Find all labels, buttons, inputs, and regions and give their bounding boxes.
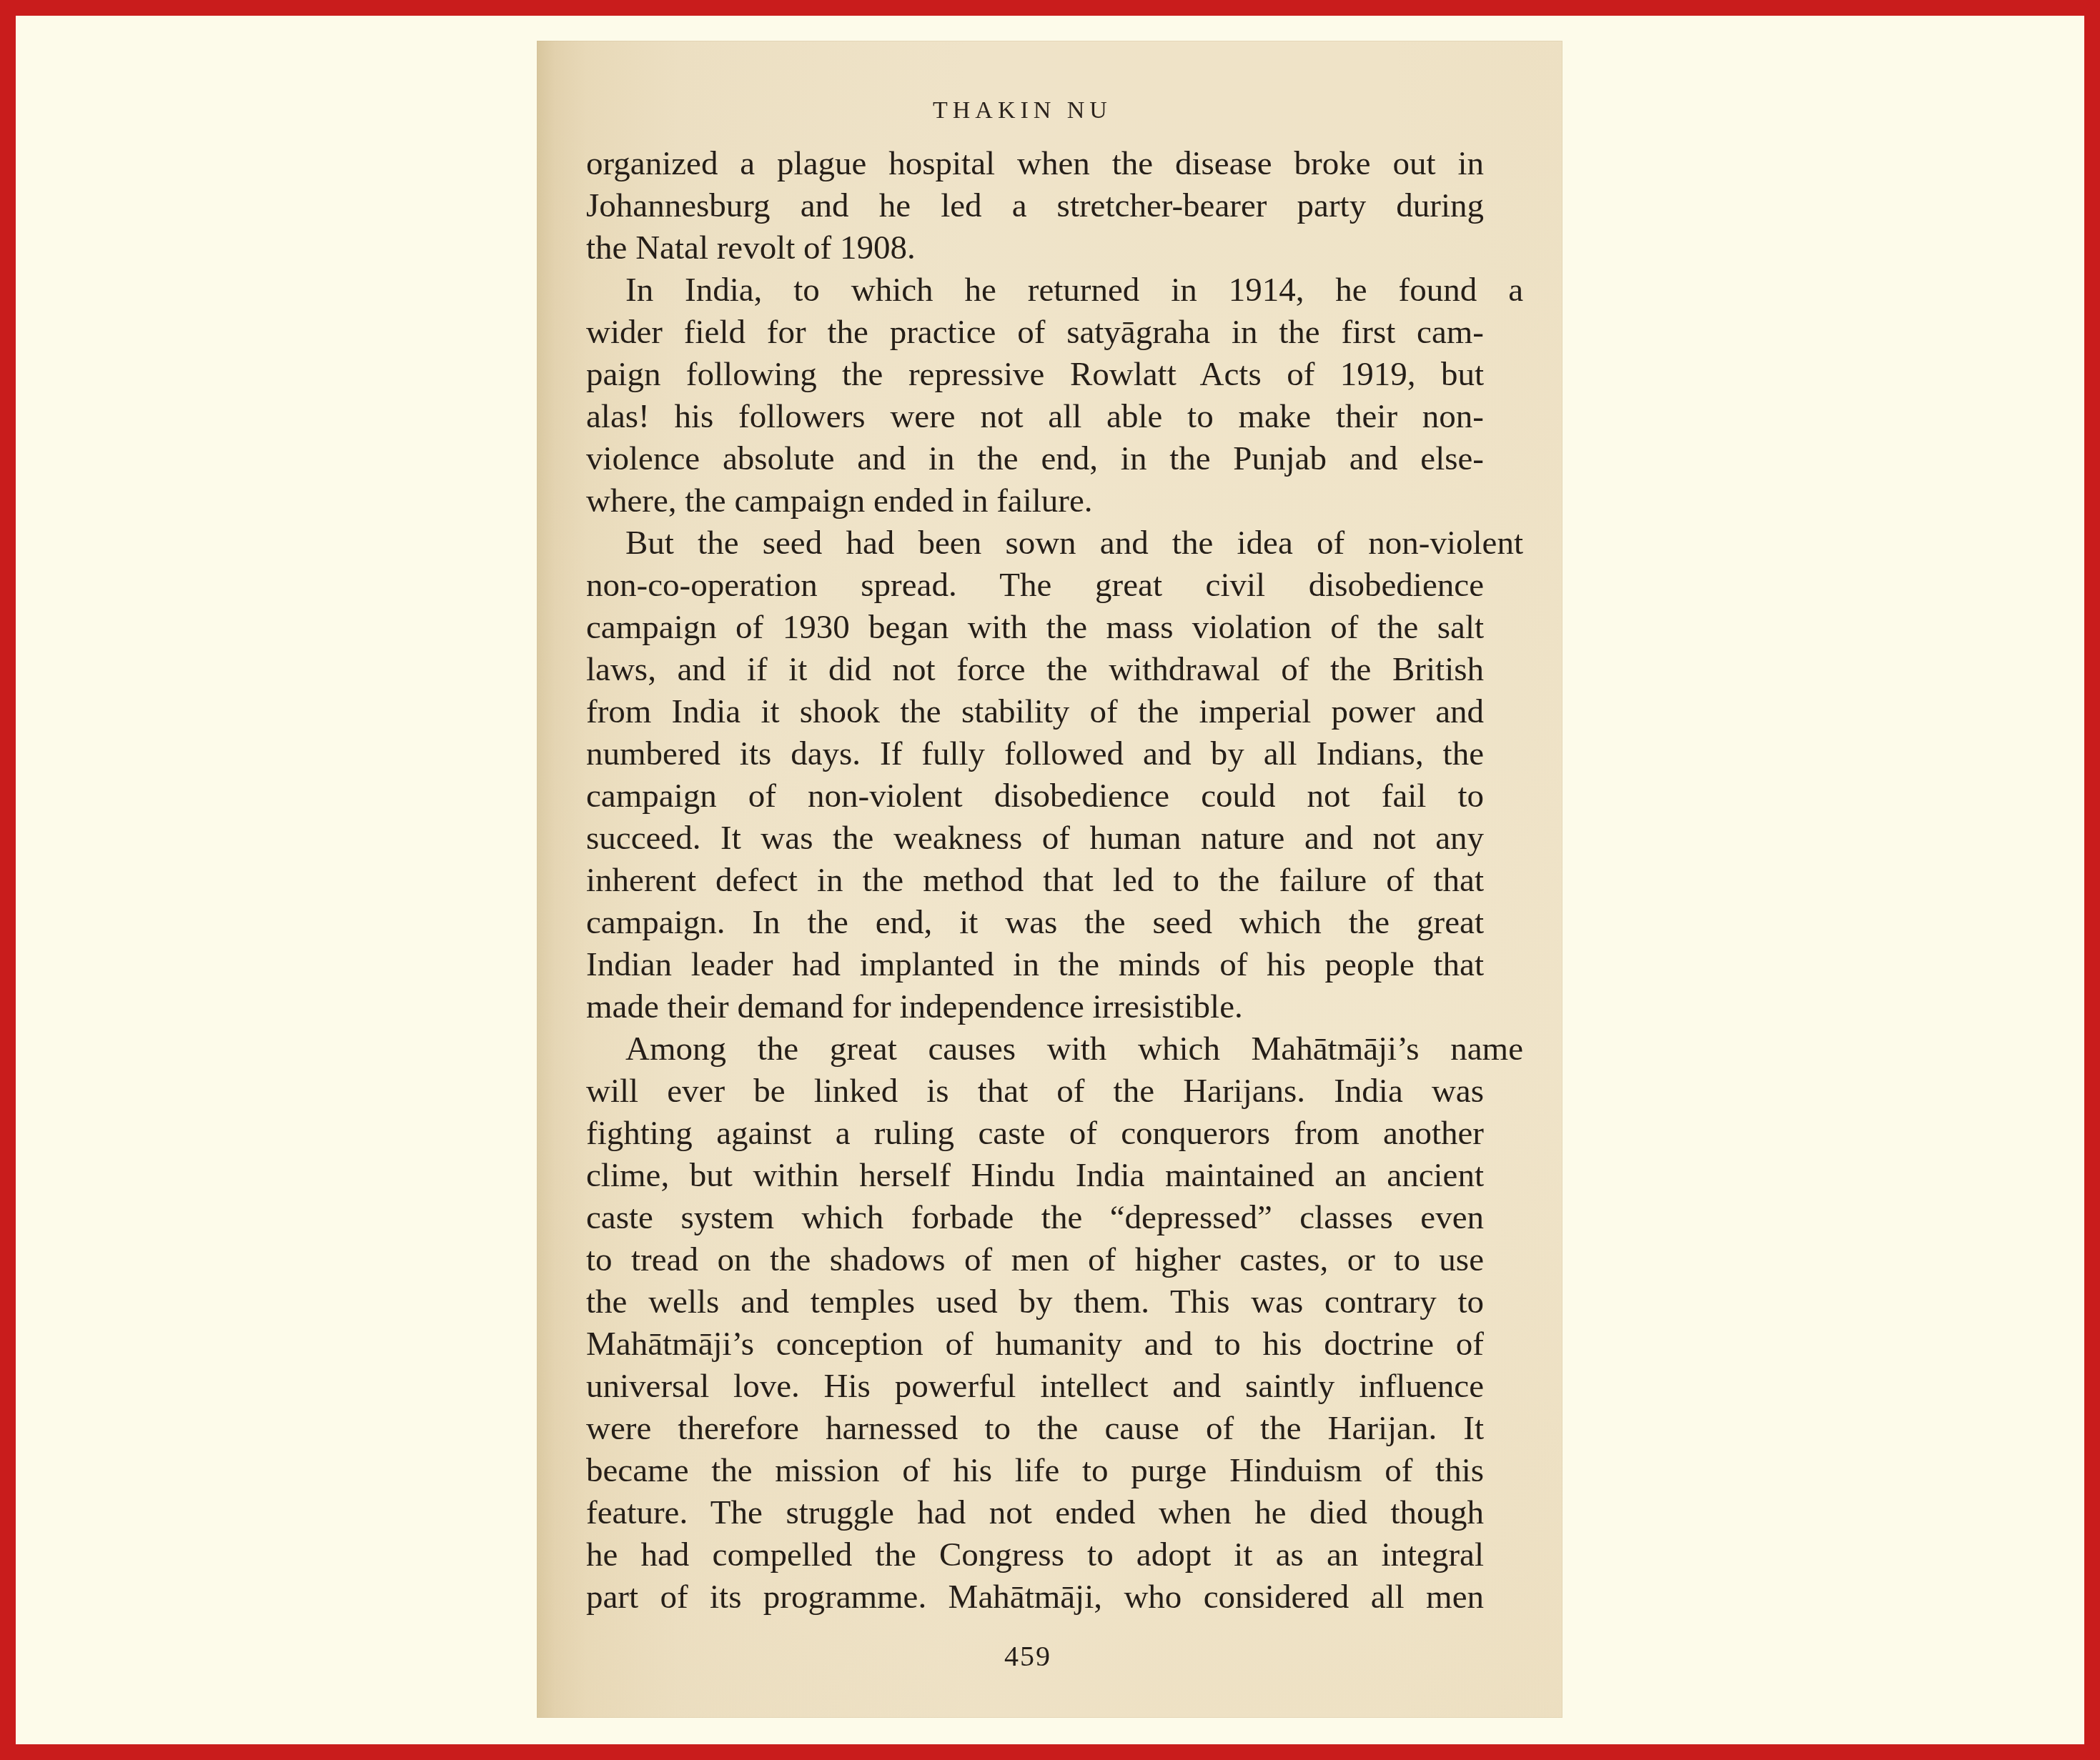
text-line: paign following the repressive Rowlatt A… [586,354,1484,396]
text-line: part of its programme. Mahātmāji, who co… [586,1576,1484,1619]
text-line: from India it shook the stability of the… [586,691,1484,733]
text-line: wider field for the practice of satyāgra… [586,312,1484,354]
text-line: universal love. His powerful intellect a… [586,1366,1484,1408]
text-line: became the mission of his life to purge … [586,1450,1484,1492]
running-head: THAKIN NU [933,96,1147,125]
text-line: Mahātmāji’s conception of humanity and t… [586,1323,1484,1366]
text-line: fighting against a ruling caste of conqu… [586,1113,1484,1155]
text-line: where, the campaign ended in failure. [586,480,1484,522]
text-line: campaign of 1930 began with the mass vio… [586,607,1484,649]
text-line: non-co-operation spread. The great civil… [586,565,1484,607]
text-line: clime, but within herself Hindu India ma… [586,1155,1484,1197]
text-line: were therefore harnessed to the cause of… [586,1408,1484,1450]
text-line: succeed. It was the weakness of human na… [586,817,1484,860]
text-line: he had compelled the Congress to adopt i… [586,1534,1484,1576]
text-line: inherent defect in the method that led t… [586,860,1484,902]
body-text: organized a plague hospital when the dis… [586,143,1484,1619]
text-line: the wells and temples used by them. This… [586,1281,1484,1323]
page-number: 459 [1004,1639,1051,1674]
text-line: laws, and if it did not force the withdr… [586,649,1484,691]
text-line: Indian leader had implanted in the minds… [586,944,1484,986]
text-line: In India, to which he returned in 1914, … [586,269,1523,312]
text-line: numbered its days. If fully followed and… [586,733,1484,775]
text-line: feature. The struggle had not ended when… [586,1492,1484,1534]
book-page: THAKIN NU organized a plague hospital wh… [537,41,1562,1718]
text-line: made their demand for independence irres… [586,986,1484,1028]
text-line: alas! his followers were not all able to… [586,396,1484,438]
text-line: the Natal revolt of 1908. [586,227,1484,269]
text-line: Johannesburg and he led a stretcher-bear… [586,185,1484,227]
text-line: violence absolute and in the end, in the… [586,438,1484,480]
text-line: will ever be linked is that of the Harij… [586,1070,1484,1113]
text-line: to tread on the shadows of men of higher… [586,1239,1484,1281]
text-line: But the seed had been sown and the idea … [586,522,1523,565]
text-line: caste system which forbade the “depresse… [586,1197,1484,1239]
text-line: organized a plague hospital when the dis… [586,143,1484,185]
document-viewer: THAKIN NU organized a plague hospital wh… [16,16,2084,1744]
text-line: campaign of non-violent disobedience cou… [586,775,1484,817]
text-line: campaign. In the end, it was the seed wh… [586,902,1484,944]
text-line: Among the great causes with which Mahātm… [586,1028,1523,1070]
